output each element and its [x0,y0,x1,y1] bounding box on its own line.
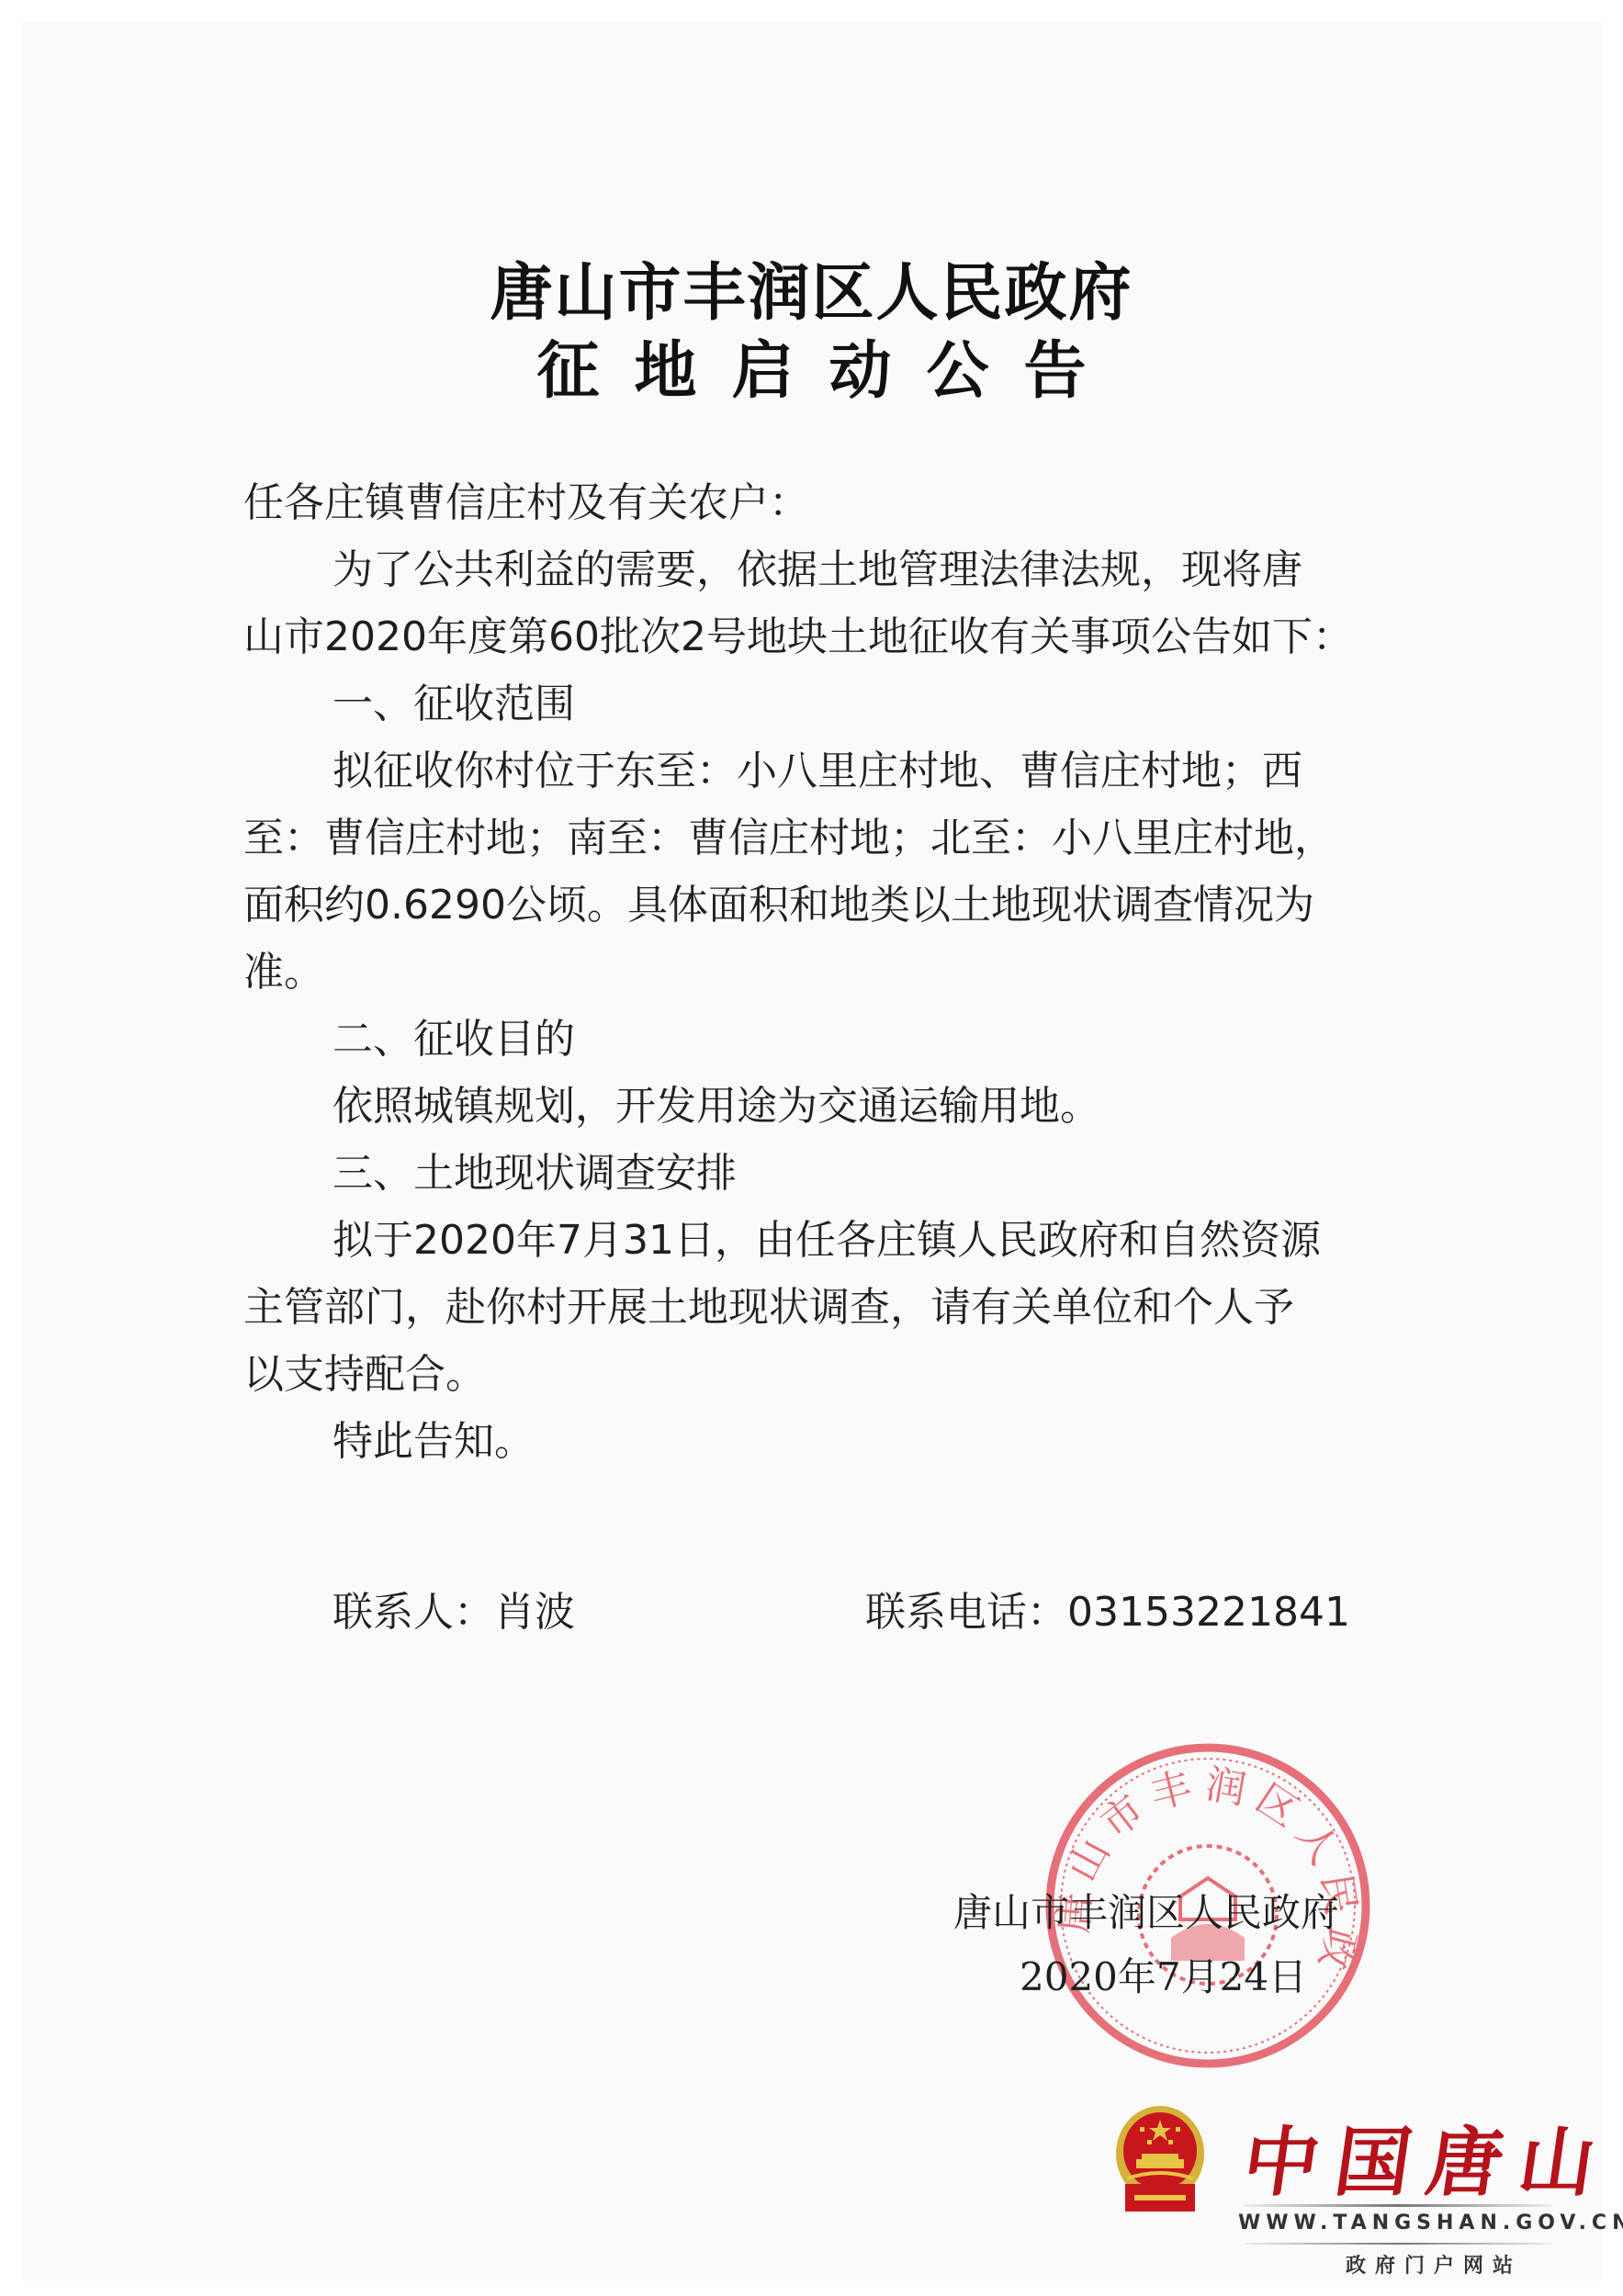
scope-line-3: 面积约0.6290公顷。具体面积和地类以土地现状调查情况为 [243,880,1314,931]
salutation: 任各庄镇曹信庄村及有关农户： [243,478,809,529]
tangshan-portal-watermark: 中国唐山 WWW.TANGSHAN.GOV.CN 政府门户网站 [1107,2103,1603,2287]
logo-divider [1245,2204,1552,2207]
purpose-line-1: 依照城镇规划，开发用途为交通运输用地。 [332,1081,1100,1132]
document-title-org: 唐山市丰润区人民政府 [0,243,1623,332]
contact-person: 联系人：肖波 [332,1587,575,1638]
logo-divider [1245,2243,1552,2245]
intro-line-1: 为了公共利益的需要，依据土地管理法律法规，现将唐 [332,545,1302,596]
logo-url: WWW.TANGSHAN.GOV.CN [1238,2212,1623,2234]
intro-line-2: 山市2020年度第60批次2号地块土地征收有关事项公告如下： [243,612,1353,663]
closing-text: 特此告知。 [332,1416,535,1468]
signature-organization: 唐山市丰润区人民政府 [953,1883,1339,1938]
scope-line-1: 拟征收你村位于东至：小八里庄村地、曹信庄村地；西 [332,746,1302,797]
document-title-notice: 征地启动公告 [0,321,1623,411]
contact-phone: 联系电话：03153221841 [865,1587,1350,1638]
section-heading-purpose: 二、征收目的 [332,1014,575,1065]
scope-line-4: 准。 [243,947,324,998]
survey-line-1: 拟于2020年7月31日，由任各庄镇人民政府和自然资源 [332,1215,1321,1266]
section-heading-scope: 一、征收范围 [332,679,575,730]
logo-subtitle: 政府门户网站 [1346,2250,1522,2279]
survey-line-3: 以支持配合。 [243,1349,486,1401]
logo-name: 中国唐山 [1237,2103,1601,2211]
section-heading-survey: 三、土地现状调查安排 [332,1148,737,1199]
national-emblem-icon [1114,2103,1206,2218]
survey-line-2: 主管部门，赴你村开展土地现状调查，请有关单位和个人予 [243,1282,1294,1334]
signature-date: 2020年7月24日 [1020,1947,1307,2002]
scope-line-2: 至：曹信庄村地；南至：曹信庄村地；北至：小八里庄村地， [243,813,1335,864]
